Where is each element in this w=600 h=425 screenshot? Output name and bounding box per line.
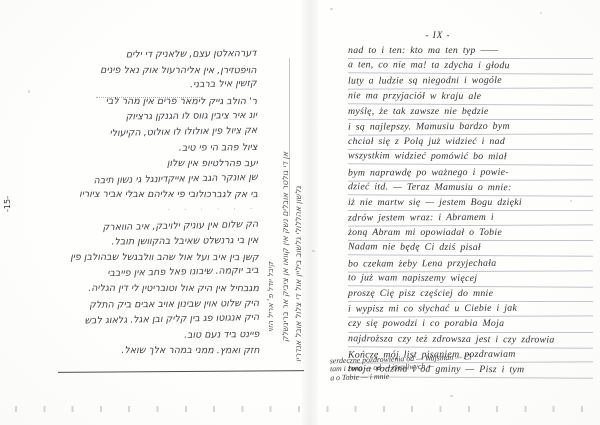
manuscript-line: żoną Abram mi opowiadał o Tobie	[348, 226, 593, 241]
scan-speck	[540, 12, 542, 14]
left-page-number: -15-	[3, 196, 12, 212]
signature-rule	[58, 370, 304, 373]
manuscript-line: פיינט ביד נעם טוב.	[59, 327, 259, 345]
manuscript-line: chciał się z Polą już widzieć i nad	[348, 135, 593, 150]
manuscript-line: nie ma przyjaciół w kraju ale	[348, 89, 593, 106]
manuscript-line: iż nie martw się — jestem Bogu dzięki	[348, 196, 593, 211]
manuscript-line: proszę Cię pisz częściej do mnie	[348, 287, 593, 302]
scan-speck	[28, 90, 30, 93]
manuscript-line: מגבחיל אין היק אול וטובריטין לי דין הגלי…	[59, 281, 259, 297]
margin-note: אן די גולטר אובלים נשק אין קוואו אן ציבי…	[281, 152, 290, 342]
scanned-letter: -15- דערהאלטן עצם, שלאניק די יליםהויפטזי…	[0, 0, 600, 425]
margin-note: קיבל יודל פ' אריל הזוי	[266, 262, 275, 332]
manuscript-line: i wypisz mi co słychać u Ciebie i jak	[348, 302, 593, 318]
manuscript-line: בי אק לגברכולובי פי אליהם אבלי אביר ציור…	[58, 187, 258, 203]
manuscript-line: najdroższa czy też zdrowsza jest i czy z…	[348, 332, 593, 349]
manuscript-line: myślę, że tak zawsze nie będzie	[348, 105, 593, 120]
manuscript-line: to już wam napiszemy więcej	[348, 271, 593, 288]
page-gutter-shadow	[302, 0, 318, 425]
manuscript-line: i są najlepszy. Mamusiu bardzo bym	[348, 119, 593, 135]
left-page-text: דערהאלטן עצם, שלאניק די יליםהויפטזירן, א…	[56, 46, 259, 360]
scan-speck	[312, 250, 315, 252]
margin-note: גלשון אהללולי גלשוב ביליין אול די צלול א…	[294, 186, 303, 362]
scan-speck	[450, 395, 453, 397]
manuscript-line: Nadam nie będę Ci dziś pisał	[348, 241, 593, 258]
right-page-number: - IX -	[408, 30, 468, 40]
manuscript-line: bym naprawdę po ważnego i powie-	[348, 165, 593, 181]
scan-speck	[570, 200, 572, 202]
manuscript-line: אין בי גרנשלט שאיבל בהקוושן תובל.	[58, 233, 258, 251]
manuscript-line: דערהאלטן עצם, שלאניק די ילים	[56, 46, 256, 64]
manuscript-line: חזק ואמץ. ממני במהר אלך שואל.	[60, 343, 260, 359]
manuscript-line: luty a ludzie są niegodni i wogóle	[348, 74, 593, 90]
manuscript-line: czy się powodzi i co porabia Moja	[348, 317, 593, 332]
manuscript-line: dzieć itd. — Teraz Mamusiu o mnie:	[348, 180, 593, 197]
manuscript-line: ציול פהב הי פי טיב.	[57, 140, 257, 158]
film-edge-ticks	[2, 406, 598, 412]
manuscript-line: wszystkim widzieć pomówić bo miał	[348, 150, 593, 167]
scan-speck	[330, 8, 333, 10]
manuscript-line: ר' הולב גייק לימאר פרים אין מהר לבי	[57, 94, 257, 110]
manuscript-line: nad to i ten: kto ma ten typ ——	[348, 44, 593, 59]
manuscript-line: bo czekam żeby Lena przyjechała	[348, 256, 593, 272]
right-page-text: nad to i ten: kto ma ten typ ——a ten, co…	[348, 44, 593, 378]
manuscript-line: zdrów jestem wraz: i Abramem i	[348, 210, 593, 226]
dotted-guide-line	[96, 97, 200, 98]
